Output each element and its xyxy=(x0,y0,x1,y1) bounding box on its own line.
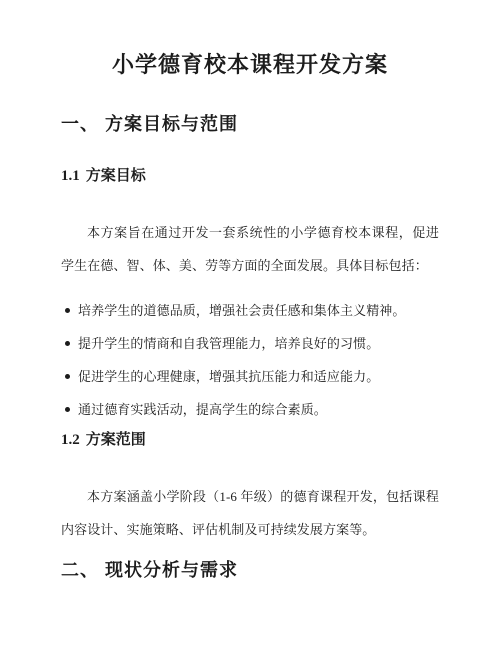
bullet-item: 提升学生的情商和自我管理能力，培养良好的习惯。 xyxy=(61,327,439,360)
section-heading-2: 二、 现状分析与需求 xyxy=(61,558,439,582)
bullet-dot-icon xyxy=(65,407,70,412)
bullet-item: 培养学生的道德品质，增强社会责任感和集体主义精神。 xyxy=(61,294,439,327)
bullet-dot-icon xyxy=(65,308,70,313)
document-page: 小学德育校本课程开发方案 一、 方案目标与范围 1.1方案目标 本方案旨在通过开… xyxy=(0,0,500,647)
subsection-number: 1.2 xyxy=(61,432,80,448)
bullet-text: 提升学生的情商和自我管理能力，培养良好的习惯。 xyxy=(78,336,379,351)
subsection-heading-1-1: 1.1方案目标 xyxy=(61,166,439,186)
bullet-text: 培养学生的道德品质，增强社会责任感和集体主义精神。 xyxy=(78,303,406,318)
subsection-heading-1-2: 1.2方案范围 xyxy=(61,430,439,450)
bullet-dot-icon xyxy=(65,374,70,379)
objectives-bullet-list: 培养学生的道德品质，增强社会责任感和集体主义精神。 提升学生的情商和自我管理能力… xyxy=(61,294,439,426)
section-heading-1: 一、 方案目标与范围 xyxy=(61,112,439,136)
subsection-number: 1.1 xyxy=(61,168,80,184)
bullet-text: 促进学生的心理健康，增强其抗压能力和适应能力。 xyxy=(78,369,379,384)
paragraph-scope: 本方案涵盖小学阶段（1-6 年级）的德育课程开发，包括课程内容设计、实施策略、评… xyxy=(61,480,439,546)
paragraph-objectives: 本方案旨在通过开发一套系统性的小学德育校本课程，促进学生在德、智、体、美、劳等方… xyxy=(61,216,439,282)
bullet-text: 通过德育实践活动，提高学生的综合素质。 xyxy=(78,402,327,417)
bullet-dot-icon xyxy=(65,341,70,346)
subsection-title: 方案目标 xyxy=(86,167,146,184)
page-title: 小学德育校本课程开发方案 xyxy=(61,50,439,80)
bullet-item: 通过德育实践活动，提高学生的综合素质。 xyxy=(61,393,439,426)
subsection-title: 方案范围 xyxy=(86,431,146,448)
bullet-item: 促进学生的心理健康，增强其抗压能力和适应能力。 xyxy=(61,360,439,393)
